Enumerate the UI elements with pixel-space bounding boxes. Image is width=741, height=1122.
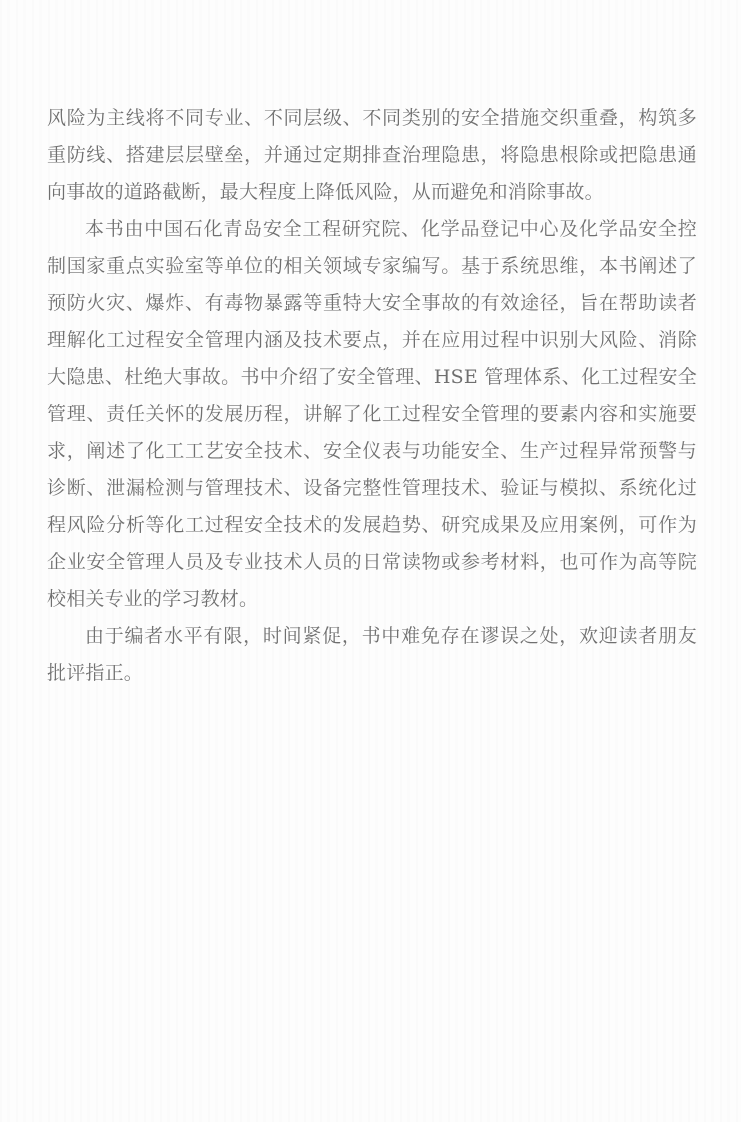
preface-text-block: 风险为主线将不同专业、不同层级、不同类别的安全措施交织重叠，构筑多重防线、搭建层… — [47, 100, 697, 692]
paragraph: 本书由中国石化青岛安全工程研究院、化学品登记中心及化学品安全控制国家重点实验室等… — [47, 211, 697, 618]
paragraph: 风险为主线将不同专业、不同层级、不同类别的安全措施交织重叠，构筑多重防线、搭建层… — [47, 100, 697, 211]
paragraph: 由于编者水平有限，时间紧促，书中难免存在谬误之处，欢迎读者朋友批评指正。 — [47, 618, 697, 692]
book-page: 风险为主线将不同专业、不同层级、不同类别的安全措施交织重叠，构筑多重防线、搭建层… — [0, 0, 741, 1122]
